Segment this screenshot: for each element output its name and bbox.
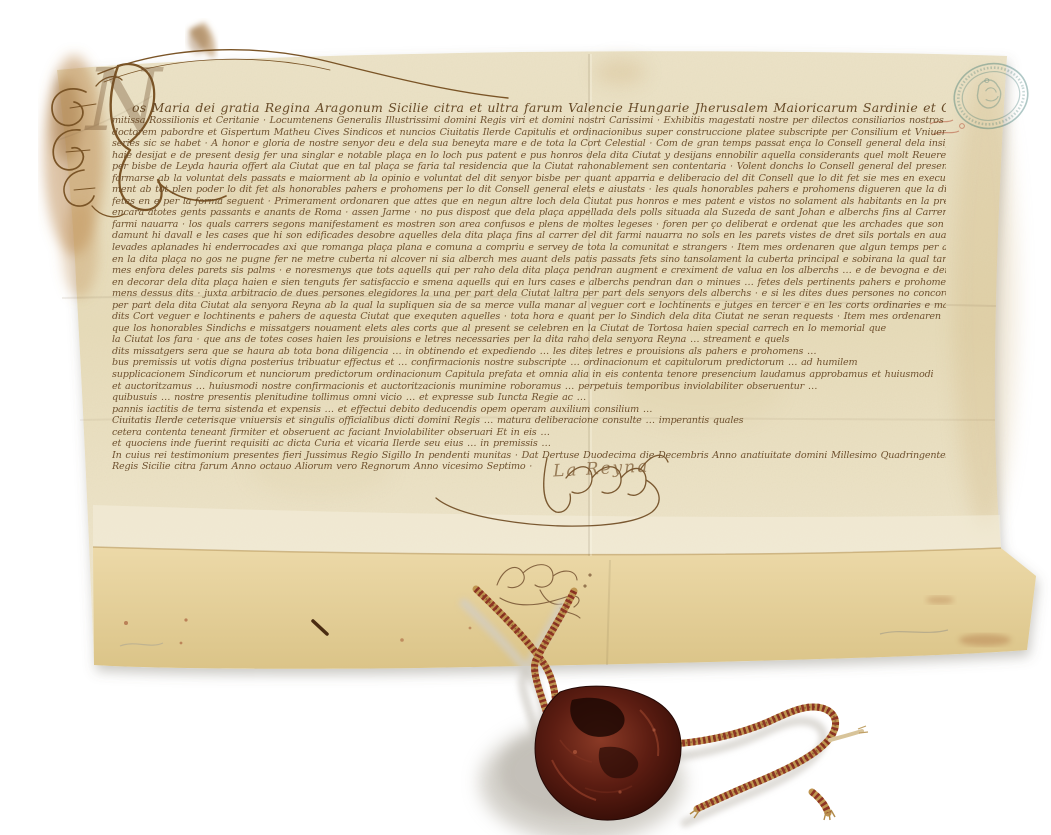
manuscript-line: bus premissis ut votis digna posterius t… — [112, 357, 946, 369]
manuscript-line: mes enfora deles parets sis palms · e no… — [112, 265, 946, 277]
manuscript-line: dits missatgers sera que se haura ab tot… — [112, 346, 946, 358]
manuscript-line: et auctoritzamus … huiusmodi nostre conf… — [112, 381, 946, 393]
manuscript-line: fetes en e per la forma seguent · Primer… — [112, 196, 946, 208]
top-edge-stain — [188, 22, 215, 58]
manuscript-line: doctorem pabordre et Gispertum Matheu Ci… — [112, 127, 946, 139]
manuscript-line: per part dela dita Ciutat ala senyora Re… — [112, 300, 946, 312]
manuscript-line: encara atotes gents passants e anants de… — [112, 207, 946, 219]
manuscript-text-block: os Maria dei gratia Regina Aragonum Sici… — [112, 101, 946, 493]
manuscript-line: damunt hi davall e les cases que hi son … — [112, 230, 946, 242]
manuscript-line: mitissa Rossilionis et Ceritanie · Locum… — [112, 115, 946, 127]
manuscript-line: mens dessus dits · juxta arbitracio de d… — [112, 288, 946, 300]
cord-tassel — [812, 792, 835, 820]
wax-seal — [535, 686, 681, 820]
manuscript-line: et quociens inde fuerint requisiti ac di… — [112, 438, 946, 450]
manuscript-line: dits Cort veguer e lochtinents e pahers … — [112, 311, 946, 323]
manuscript-line: os Maria dei gratia Regina Aragonum Sici… — [112, 101, 946, 115]
manuscript-line: en decorar dela dita plaça haien e sien … — [112, 277, 946, 289]
manuscript-line: pannis iactitis de terra sistenda et exp… — [112, 404, 946, 416]
manuscript-line: cetera contenta teneant firmiter et obse… — [112, 427, 946, 439]
manuscript-line: haie desijat e de present desig fer una … — [112, 150, 946, 162]
manuscript-line: supplicacionem Sindicorum et nunciorum p… — [112, 369, 946, 381]
manuscript-line: que los honorables Sindichs e missatgers… — [112, 323, 946, 335]
manuscript-line: en la dita plaça no gos ne pugne fer ne … — [112, 254, 946, 266]
manuscript-line: la Ciutat los fara · que ans de totes co… — [112, 334, 946, 346]
manuscript-line: Regis Sicilie citra farum Anno octauo Al… — [112, 461, 946, 473]
manuscript-line: levades aplanades hi enderrocades axi qu… — [112, 242, 946, 254]
manuscript-line: In cuius rei testimonium presentes fieri… — [112, 450, 946, 462]
manuscript-line: series sic se habet · A honor e gloria d… — [112, 138, 946, 150]
manuscript-line: quibusuis … nostre presentis plenitudine… — [112, 392, 946, 404]
manuscript-line: farmi nauarra · los quals carrers segons… — [112, 219, 946, 231]
manuscript-line: Ciuitatis Ilerde ceterisque vniuersis et… — [112, 415, 946, 427]
manuscript-line: ment ab tot plen poder lo dit fet als ho… — [112, 184, 946, 196]
manuscript-line: formarse ab la voluntat dels passats e m… — [112, 173, 946, 185]
photograph-of-parchment-charter: N os Maria dei gratia Regina Aragonum Si… — [0, 0, 1051, 835]
manuscript-line: per bisbe de Leyda hauria offert ala Ciu… — [112, 161, 946, 173]
